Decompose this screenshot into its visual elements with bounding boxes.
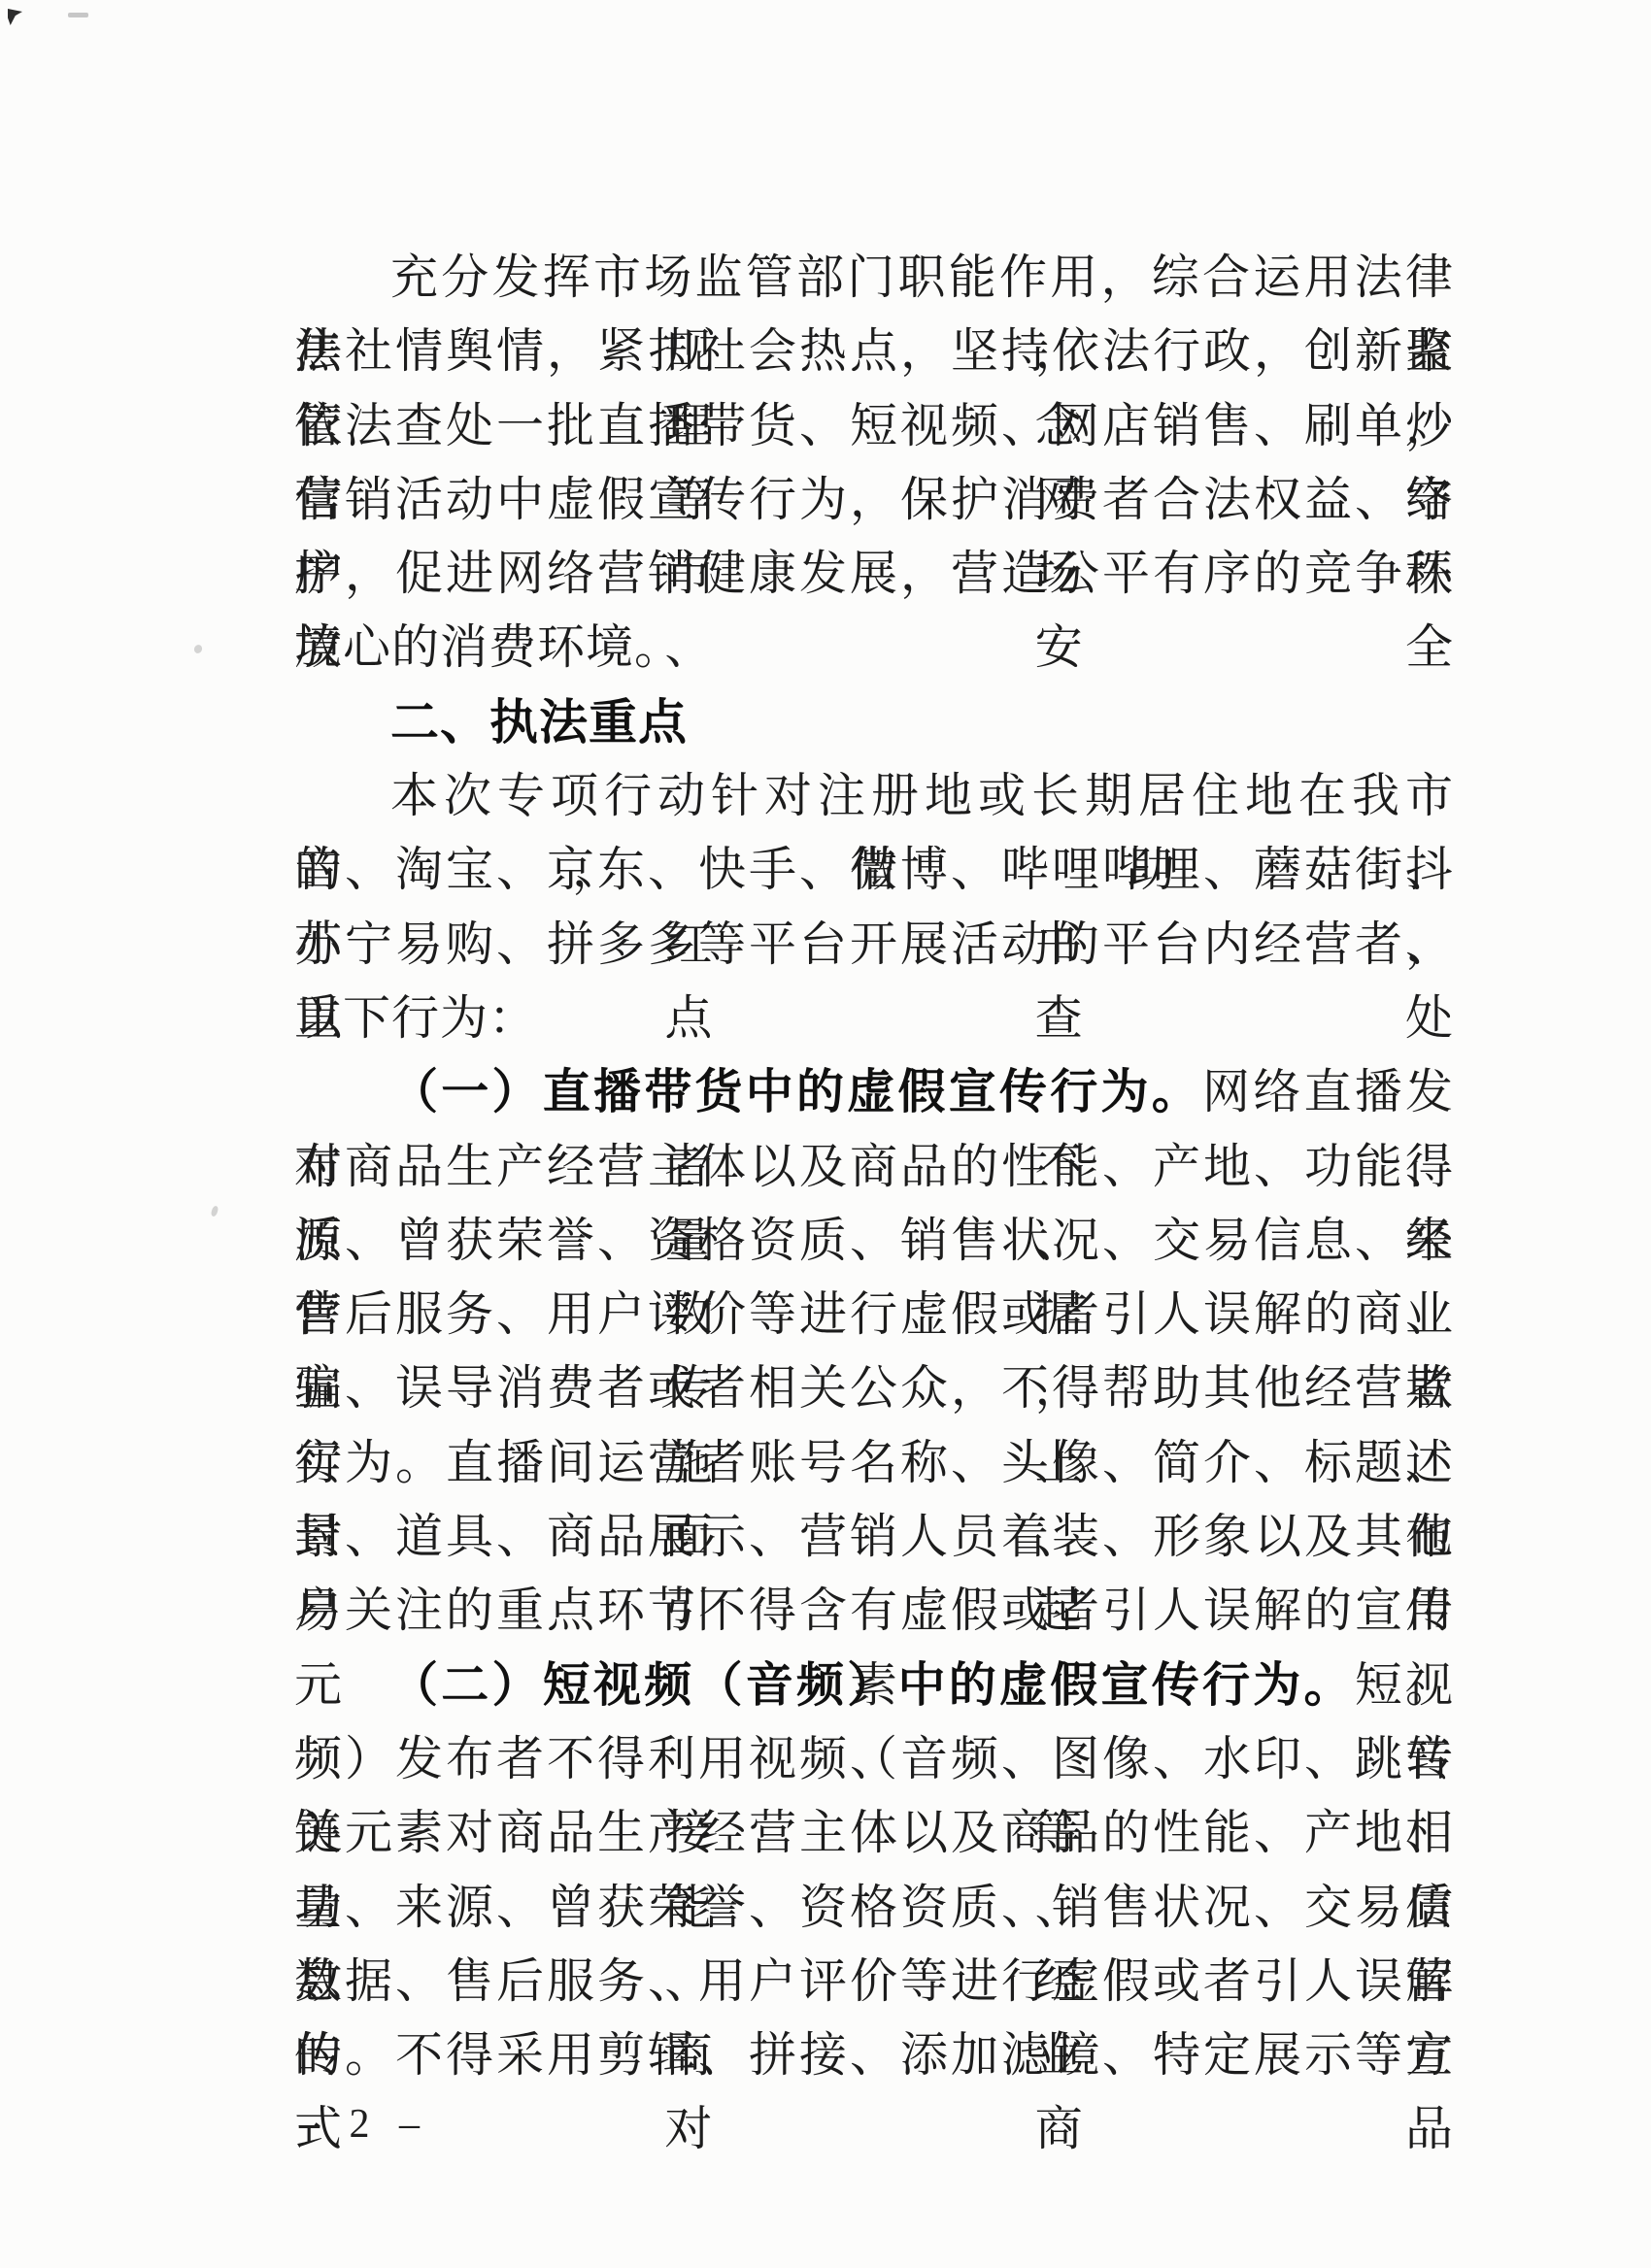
text-line: 充分发挥市场监管部门职能作用，综合运用法律法规，聚 — [294, 241, 1454, 315]
text-line: 行为。直播间运营者账号名称、头像、简介、标题、封面、布 — [294, 1426, 1454, 1500]
text-segment: 放心的消费环境。 — [294, 620, 683, 674]
text-line: 售后服务、用户评价等进行虚假或者引人误解的商业宣传，欺 — [294, 1278, 1454, 1351]
text-line: 骗、误导消费者或者相关公众，不得帮助其他经营者实施上述 — [294, 1351, 1454, 1425]
text-segment: 传。不得采用剪辑、拼接、添加滤镜、特定展示等方式对商品 — [294, 2028, 1454, 2155]
text-line: 源、曾获荣誉、资格资质、销售状况、交易信息、经营数据、 — [294, 1204, 1454, 1278]
text-line: 营销活动中虚假宣传行为，保护消费者合法权益、守护市场秩 — [294, 463, 1454, 537]
scan-artifact-dash — [68, 13, 88, 17]
text-line: 本次专项行动针对注册地或长期居住地在我市的，借助抖 — [294, 759, 1454, 833]
text-segment: 以下行为： — [294, 991, 537, 1045]
document-body: 充分发挥市场监管部门职能作用，综合运用法律法规，聚焦社情舆情，紧扣社会热点，坚持… — [294, 241, 1454, 2092]
text-line: 户关注的重点环节不得含有虚假或者引人误解的宣传元素。 — [294, 1574, 1454, 1648]
scan-artifact-dot — [193, 644, 204, 654]
text-line: （一）直播带货中的虚假宣传行为。网络直播发布者不得 — [294, 1055, 1454, 1129]
text-line: 景、道具、商品展示、营销人员着装、形象以及其他易引起用 — [294, 1500, 1454, 1574]
bold-text-segment: （二）短视频（音频）中的虚假宣传行为。 — [390, 1659, 1355, 1712]
bold-text-segment: 二、执法重点 — [390, 695, 688, 750]
text-line: 依法查处一批直播带货、短视频、网店销售、刷单炒信等网络 — [294, 389, 1454, 463]
text-line: 音、淘宝、京东、快手、微博、哔哩哔哩、蘑菇街、小红书、 — [294, 833, 1454, 907]
text-line: 量、来源、曾获荣誉、资格资质、销售状况、交易信息、经营 — [294, 1871, 1454, 1945]
text-line: 传。不得采用剪辑、拼接、添加滤镜、特定展示等方式对商品 — [294, 2018, 1454, 2092]
scan-artifact-dot — [210, 1205, 219, 1217]
text-line: 频）发布者不得利用视频、音频、图像、水印、跳转链接等相 — [294, 1722, 1454, 1796]
bold-text-segment: （一）直播带货中的虚假宣传行为。 — [390, 1066, 1202, 1118]
scan-artifact-corner — [8, 9, 22, 25]
text-line: 焦社情舆情，紧扣社会热点，坚持依法行政，创新监管理念， — [294, 315, 1454, 388]
text-line: 数据、售后服务、用户评价等进行虚假或者引人误解的商业宣 — [294, 1945, 1454, 2018]
text-line: 苏宁易购、拼多多等平台开展活动的平台内经营者，重点查处 — [294, 908, 1454, 982]
page-number: – 2 – — [299, 2099, 429, 2150]
scanned-document-page: 充分发挥市场监管部门职能作用，综合运用法律法规，聚焦社情舆情，紧扣社会热点，坚持… — [0, 0, 1651, 2268]
text-line: 序，促进网络营销健康发展，营造公平有序的竞争环境、安全 — [294, 537, 1454, 611]
text-line: （二）短视频（音频）中的虚假宣传行为。短视频（音 — [294, 1649, 1454, 1722]
text-line: 关元素对商品生产经营主体以及商品的性能、产地、功能、质 — [294, 1796, 1454, 1870]
text-line: 对商品生产经营主体以及商品的性能、产地、功能、质量、来 — [294, 1130, 1454, 1204]
section-heading: 二、执法重点 — [294, 685, 1454, 759]
